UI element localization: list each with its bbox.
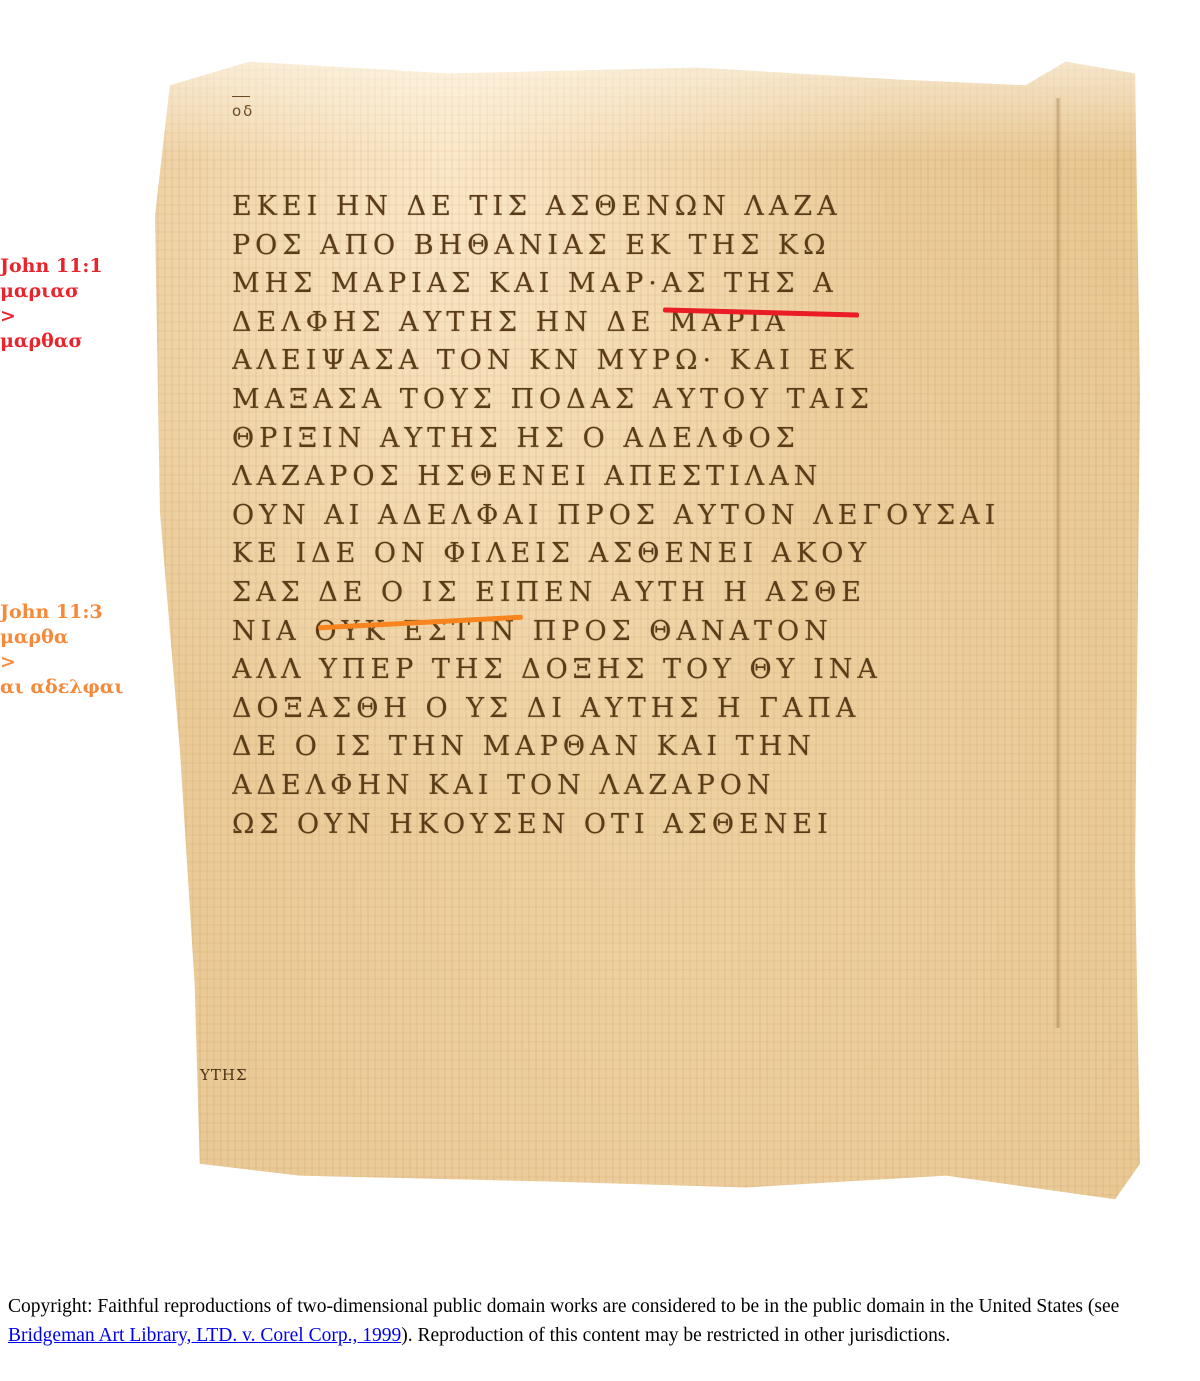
copyright-text-before: Copyright: Faithful reproductions of two… xyxy=(8,1296,1119,1317)
manuscript-line: ΘΡΙΞΙΝ ΑΥΤΗΣ ΗΣ Ο ΑΔΕΛΦΟΣ xyxy=(232,420,1102,459)
folio-number: οδ xyxy=(232,102,254,120)
manuscript-line: ΔΕ Ο ΙΣ ΤΗΝ ΜΑΡΘΑΝ ΚΑΙ ΤΗΝ xyxy=(232,728,1102,767)
catchword: ΥΤΗΣ xyxy=(200,1066,248,1084)
manuscript-line: ΟΥΝ ΑΙ ΑΔΕΛΦΑΙ ΠΡΟΣ ΑΥΤΟΝ ΛΕΓΟΥΣΑΙ xyxy=(232,497,1102,536)
manuscript-line: ΩΣ ΟΥΝ ΗΚΟΥΣΕΝ ΟΤΙ ΑΣΘΕΝΕΙ xyxy=(232,806,1102,845)
manuscript-line: ΑΛΛ ΥΠΕΡ ΤΗΣ ΔΟΞΗΣ ΤΟΥ ΘΥ ΙΝΑ xyxy=(232,651,1102,690)
manuscript-text: ΕΚΕΙ ΗΝ ΔΕ ΤΙΣ ΑΣΘΕΝΩΝ ΛΑΖΑ ΡΟΣ ΑΠΟ ΒΗΘΑ… xyxy=(232,188,1102,844)
arrow-symbol: > xyxy=(0,304,103,329)
original-reading: μαρθα xyxy=(0,625,124,650)
manuscript-line: ΣΑΣ ΔΕ Ο ΙΣ ΕΙΠΕΝ ΑΥΤΗ Η ΑΣΘΕ xyxy=(232,574,1102,613)
corrected-reading: αι αδελφαι xyxy=(0,675,124,700)
verse-reference: John 11:1 xyxy=(0,254,103,279)
corrected-reading: μαρθασ xyxy=(0,329,103,354)
manuscript-line: ΡΟΣ ΑΠΟ ΒΗΘΑΝΙΑΣ ΕΚ ΤΗΣ ΚΩ xyxy=(232,227,1102,266)
manuscript-line: ΑΛΕΙΨΑΣΑ ΤΟΝ ΚΝ ΜΥΡΩ· ΚΑΙ ΕΚ xyxy=(232,342,1102,381)
manuscript-line: ΔΟΞΑΣΘΗ Ο ΥΣ ΔΙ ΑΥΤΗΣ Η ΓΑΠΑ xyxy=(232,690,1102,729)
bridgeman-case-link[interactable]: Bridgeman Art Library, LTD. v. Corel Cor… xyxy=(8,1325,401,1346)
annotation-john-11-3: John 11:3 μαρθα > αι αδελφαι xyxy=(0,600,124,700)
manuscript-line: ΕΚΕΙ ΗΝ ΔΕ ΤΙΣ ΑΣΘΕΝΩΝ ΛΑΖΑ xyxy=(232,188,1102,227)
manuscript-line: ΜΗΣ ΜΑΡΙΑΣ ΚΑΙ ΜΑΡ·ΑΣ ΤΗΣ Α xyxy=(232,265,1102,304)
manuscript-line: ΛΑΖΑΡΟΣ ΗΣΘΕΝΕΙ ΑΠΕΣΤΙΛΑΝ xyxy=(232,458,1102,497)
arrow-symbol: > xyxy=(0,650,124,675)
manuscript-line: ΑΔΕΛΦΗΝ ΚΑΙ ΤΟΝ ΛΑΖΑΡΟΝ xyxy=(232,767,1102,806)
original-reading: μαριασ xyxy=(0,279,103,304)
manuscript-line: ΜΑΞΑΣΑ ΤΟΥΣ ΠΟΔΑΣ ΑΥΤΟΥ ΤΑΙΣ xyxy=(232,381,1102,420)
manuscript-line: ΝΙΑ ΟΥΚ ΕΣΤΙΝ ΠΡΟΣ ΘΑΝΑΤΟΝ xyxy=(232,613,1102,652)
verse-reference: John 11:3 xyxy=(0,600,124,625)
papyrus-texture xyxy=(150,38,1145,158)
copyright-text-after: ). Reproduction of this content may be r… xyxy=(401,1325,950,1346)
copyright-notice: Copyright: Faithful reproductions of two… xyxy=(8,1292,1198,1350)
manuscript-line: ΚΕ ΙΔΕ ΟΝ ΦΙΛΕΙΣ ΑΣΘΕΝΕΙ ΑΚΟΥ xyxy=(232,535,1102,574)
papyrus-manuscript-image: οδ ΕΚΕΙ ΗΝ ΔΕ ΤΙΣ ΑΣΘΕΝΩΝ ΛΑΖΑ ΡΟΣ ΑΠΟ Β… xyxy=(150,38,1145,1223)
annotation-john-11-1: John 11:1 μαριασ > μαρθασ xyxy=(0,254,103,354)
